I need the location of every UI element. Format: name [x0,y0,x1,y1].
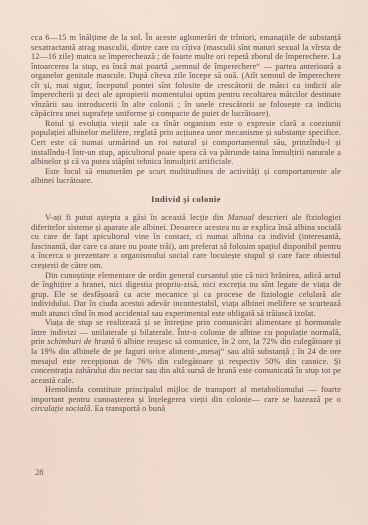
page-number: 28 [35,467,44,477]
body-text: Hemolimfa constituie principalul mijloc … [31,385,341,404]
body-text: cca 6—15 m înălțime de la sol. În aceste… [31,33,341,118]
scanned-book-page: cca 6—15 m înălțime de la sol. În aceste… [0,0,368,525]
body-text: Roiul și evoluția vieții sale ca tînăr o… [31,119,341,166]
paragraph: cca 6—15 m înălțime de la sol. În aceste… [31,33,341,119]
italic-text: Manual [228,213,254,222]
italic-text: schimburi de hrană [47,337,114,346]
paragraph: Hemolimfa constituie principalul mijloc … [31,385,341,414]
paragraph: Roiul și evoluția vieții sale ca tînăr o… [31,119,341,167]
body-text: Este locul să enumerăm pe scurt multitud… [31,167,341,186]
text-block: cca 6—15 m înălțime de la sol. În aceste… [31,33,341,414]
body-text: V-ați fi putut aștepta a găsi în această… [45,213,228,222]
body-text: Din cunoștințe elementare de ordin gener… [31,271,341,318]
section-heading: Individ și colonie [31,195,341,205]
body-text: . Ea transportă o bună [90,404,165,413]
paragraph: V-ați fi putut aștepta a găsi în această… [31,213,341,270]
italic-text: circulație socială [31,404,90,413]
paragraph: Viața de stup se realizează și se întreț… [31,318,341,385]
paragraph: Este locul să enumerăm pe scurt multitud… [31,167,341,186]
paragraph: Din cunoștințe elementare de ordin gener… [31,271,341,319]
